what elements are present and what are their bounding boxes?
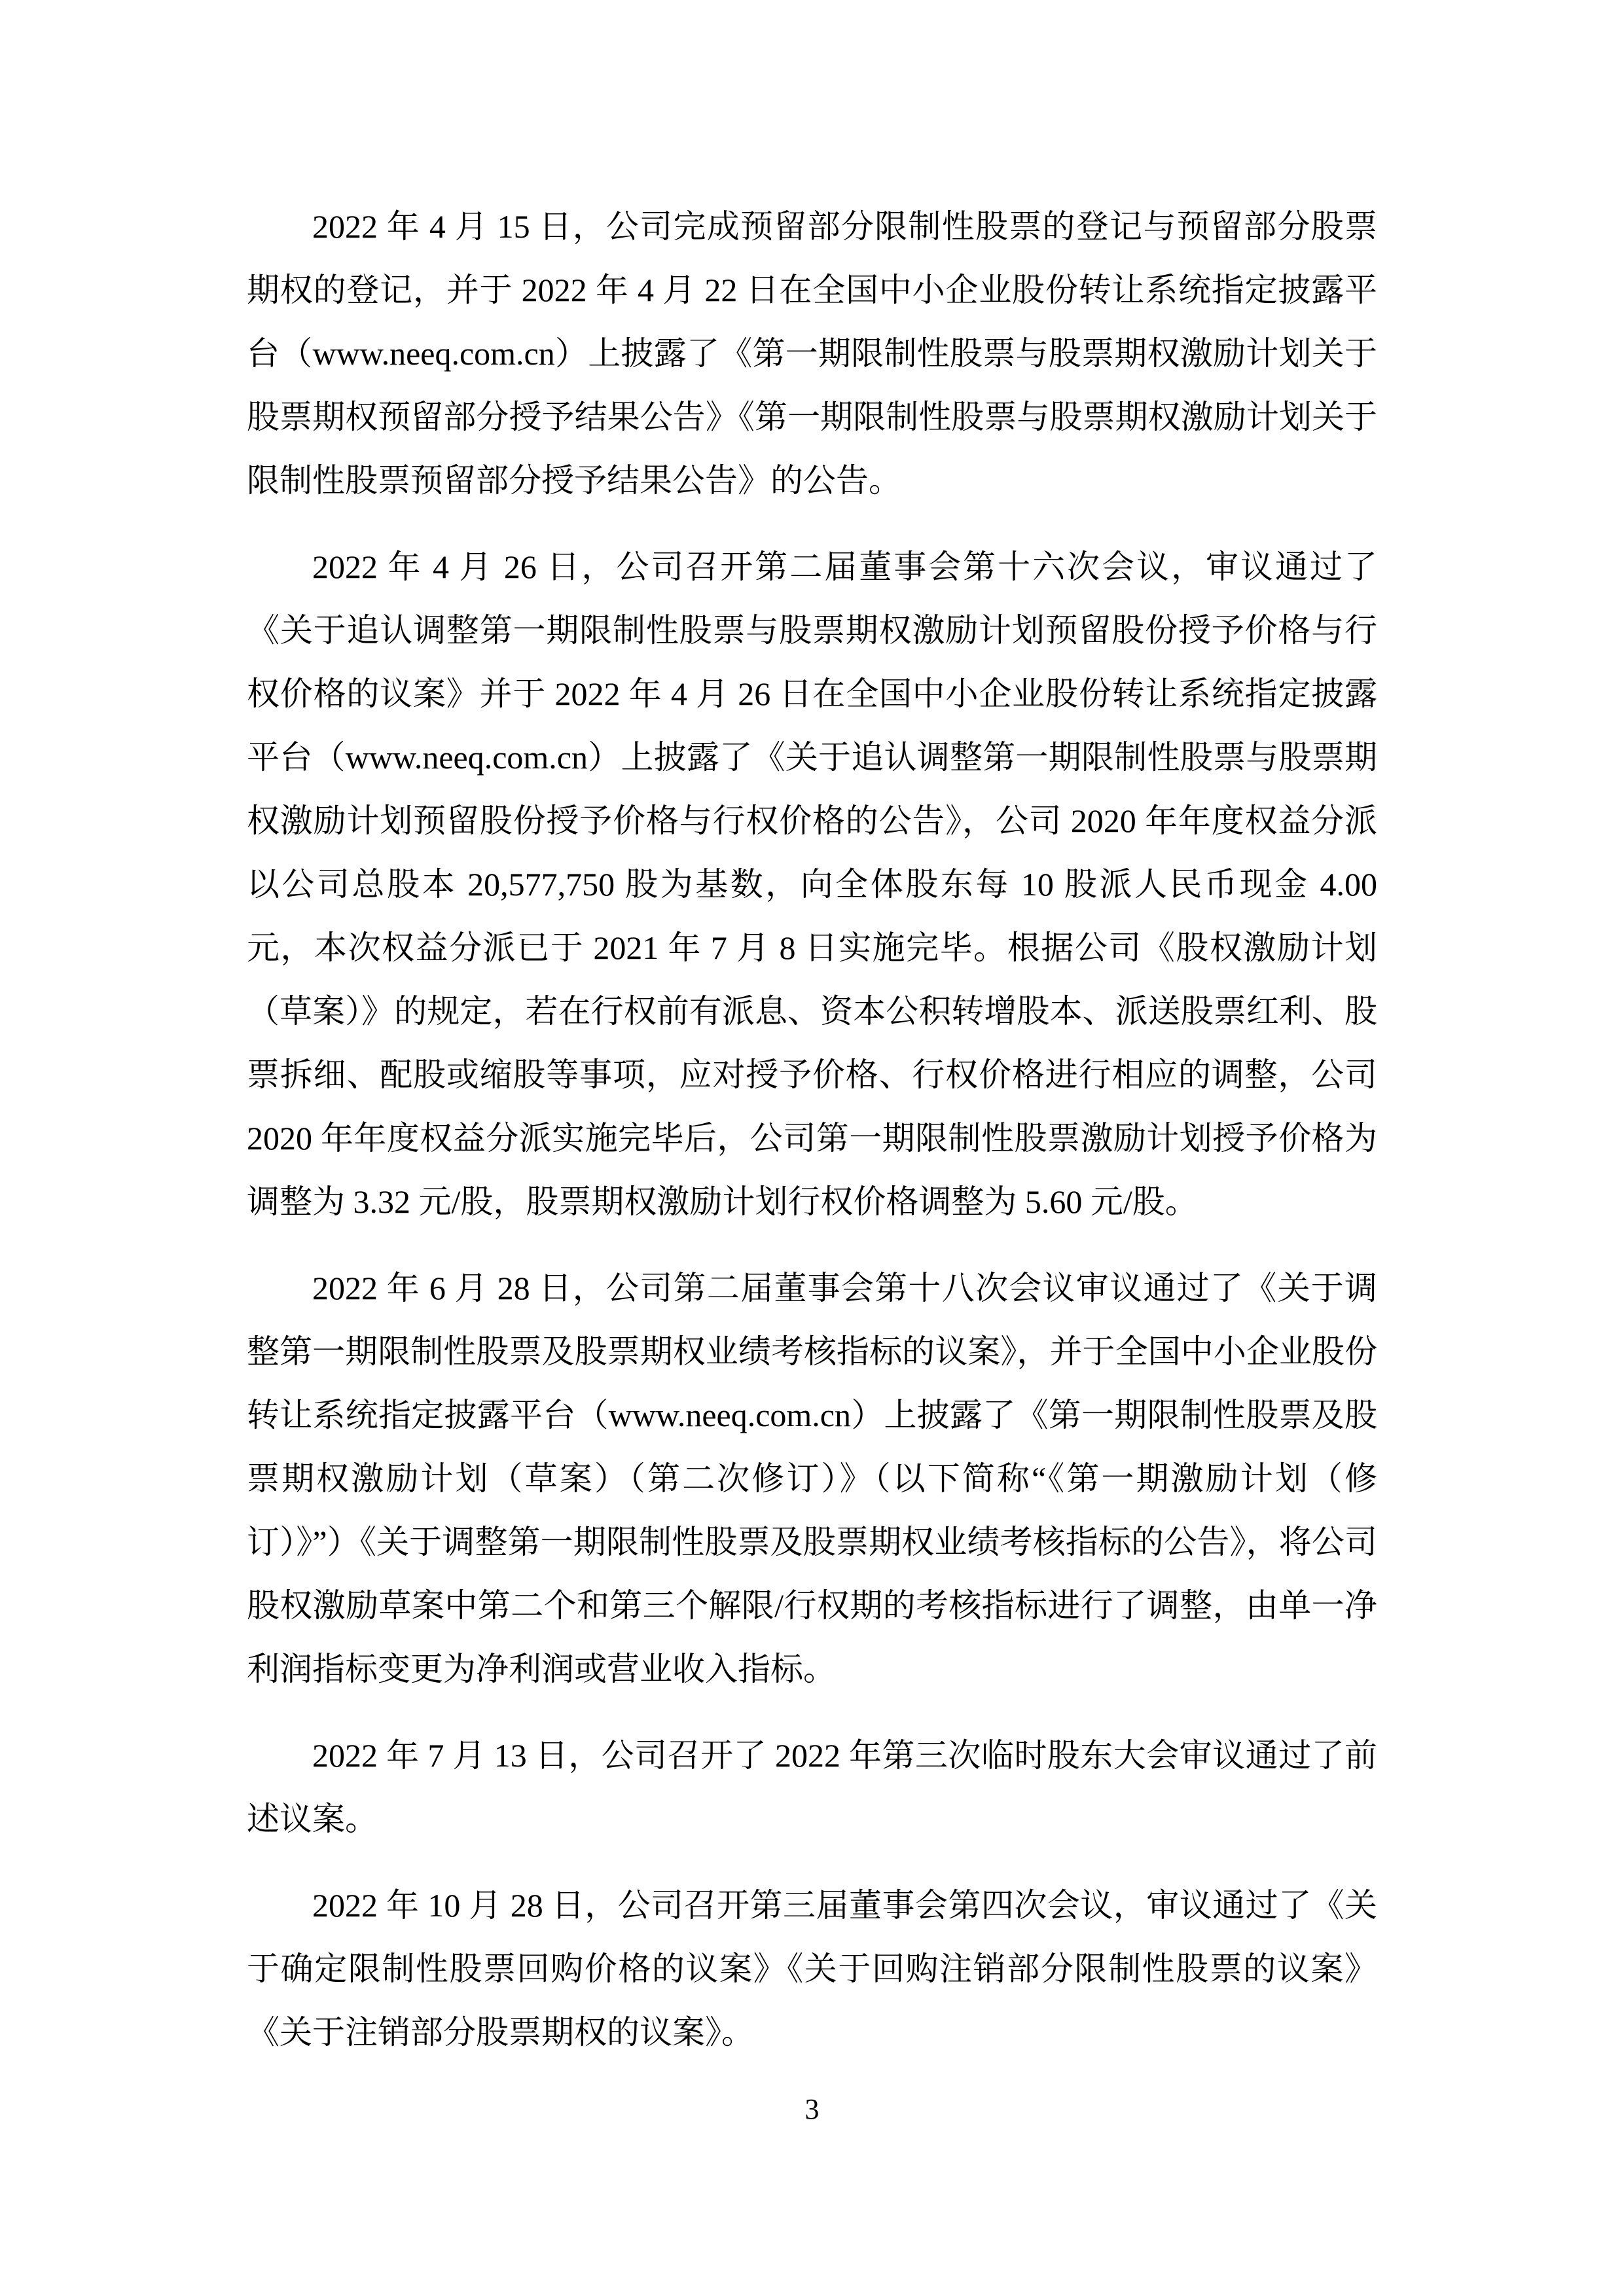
page-number: 3 <box>805 2093 820 2125</box>
paragraph-board-meeting-2022-06-28: 2022 年 6 月 28 日，公司第二届董事会第十八次会议审议通过了《关于调整… <box>247 1257 1377 1701</box>
paragraph-shareholder-meeting-2022-07-13: 2022 年 7 月 13 日，公司召开了 2022 年第三次临时股东大会审议通… <box>247 1724 1377 1851</box>
document-page: 2022 年 4 月 15 日，公司完成预留部分限制性股票的登记与预留部分股票期… <box>0 0 1624 2296</box>
paragraph-registration-2022-04-15: 2022 年 4 月 15 日，公司完成预留部分限制性股票的登记与预留部分股票期… <box>247 195 1377 512</box>
page-footer: 3 <box>0 2093 1624 2126</box>
paragraph-board-meeting-2022-10-28: 2022 年 10 月 28 日，公司召开第三届董事会第四次会议，审议通过了《关… <box>247 1874 1377 2064</box>
paragraph-board-meeting-2022-04-26: 2022 年 4 月 26 日，公司召开第二届董事会第十六次会议，审议通过了《关… <box>247 535 1377 1234</box>
document-body: 2022 年 4 月 15 日，公司完成预留部分限制性股票的登记与预留部分股票期… <box>247 195 1377 2087</box>
